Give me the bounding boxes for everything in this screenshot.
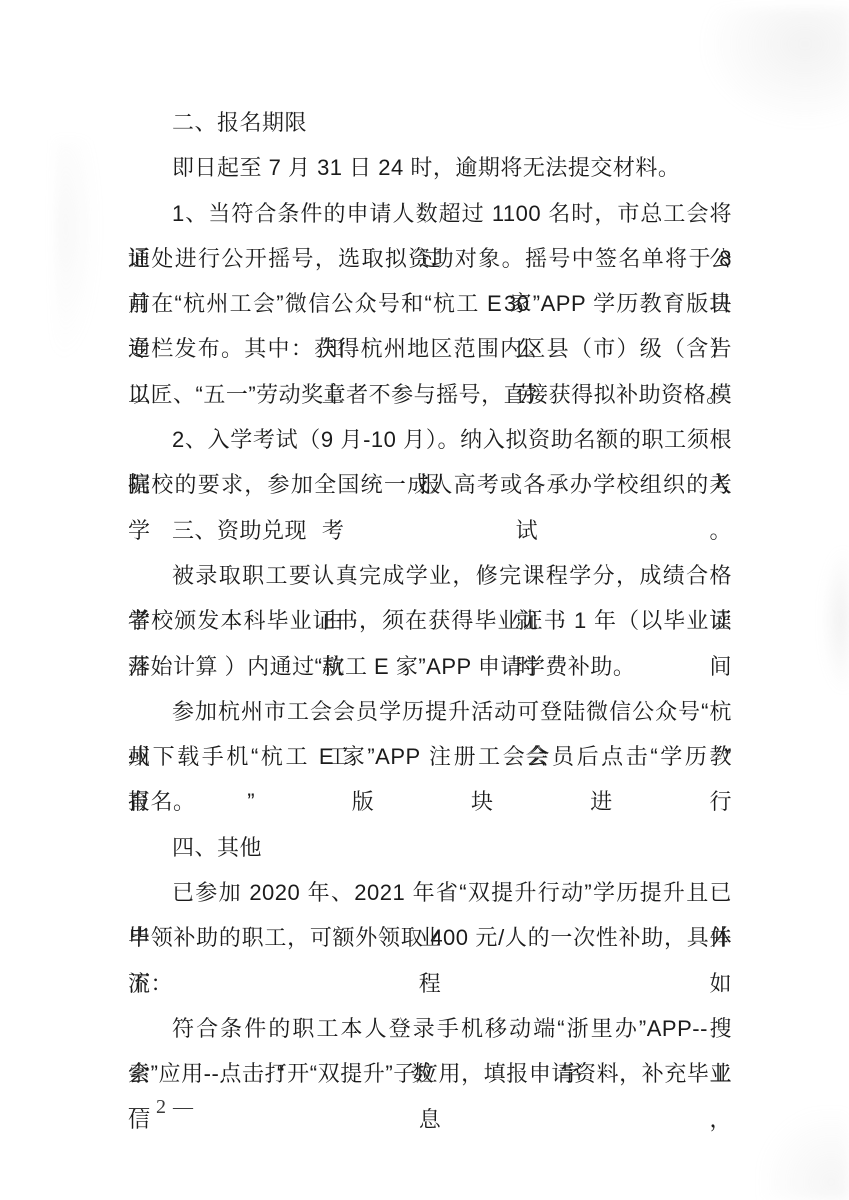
text-line: 专栏发布。其中：获得杭州地区范围内区县（市）级（含）以上劳模 — [128, 326, 732, 371]
text-line: 2、入学考试（9 月-10 月）。纳入拟资助名额的职工须根据报考 — [128, 417, 732, 462]
text-line: 申领补助的职工，可额外领取 400 元/人的一次性补助，具体流程如 — [128, 915, 732, 960]
text-line: 1、当符合条件的申请人数超过 1100 名时，市总工会将通过公 — [128, 191, 732, 236]
document-page: 二、报名期限 即日起至 7 月 31 日 24 时，逾期将无法提交材料。 1、当… — [0, 0, 849, 1200]
page-number: — 2 — — [129, 1096, 194, 1119]
text-line: 学校颁发本科毕业证书，须在获得毕业证书 1 年（以毕业证落款时间 — [128, 598, 732, 643]
document-body: 二、报名期限 即日起至 7 月 31 日 24 时，逾期将无法提交材料。 1、当… — [128, 100, 732, 1097]
text-line: 会”应用--点击打开“双提升”子应用，填报申请资料，补充毕业信息， — [128, 1051, 732, 1096]
scan-artifact — [760, 1110, 849, 1200]
text-line: 证处进行公开摇号，选取拟资助对象。摇号中签名单将于 8 月 30 日 — [128, 236, 732, 281]
text-line: 工匠、“五一”劳动奖章者不参与摇号，直接获得拟补助资格。 — [128, 372, 732, 417]
scan-artifact — [822, 550, 849, 690]
text-line: 符合条件的职工本人登录手机移动端“浙里办”APP--搜索“数字工 — [128, 1006, 732, 1051]
text-line: 参加杭州市工会会员学历提升活动可登陆微信公众号“杭州工会” — [128, 689, 732, 734]
text-line: 院校的要求，参加全国统一成人高考或各承办学校组织的入学考试。 — [128, 462, 732, 507]
section-heading-4: 四、其他 — [128, 825, 732, 870]
text-line: 前在“杭州工会”微信公众号和“杭工 E 家”APP 学历教育版块通知公告 — [128, 281, 732, 326]
scan-artifact — [55, 140, 100, 360]
text-line: 或下载手机“杭工 E 家”APP 注册工会会员后点击“学历教育”版块进行 — [128, 734, 732, 779]
text-line: 即日起至 7 月 31 日 24 时，逾期将无法提交材料。 — [128, 145, 732, 190]
text-line: 已参加 2020 年、2021 年省“双提升行动”学历提升且已毕业并 — [128, 870, 732, 915]
section-heading-2: 二、报名期限 — [128, 100, 732, 145]
text-line: 被录取职工要认真完成学业，修完课程学分，成绩合格者由就读 — [128, 553, 732, 598]
